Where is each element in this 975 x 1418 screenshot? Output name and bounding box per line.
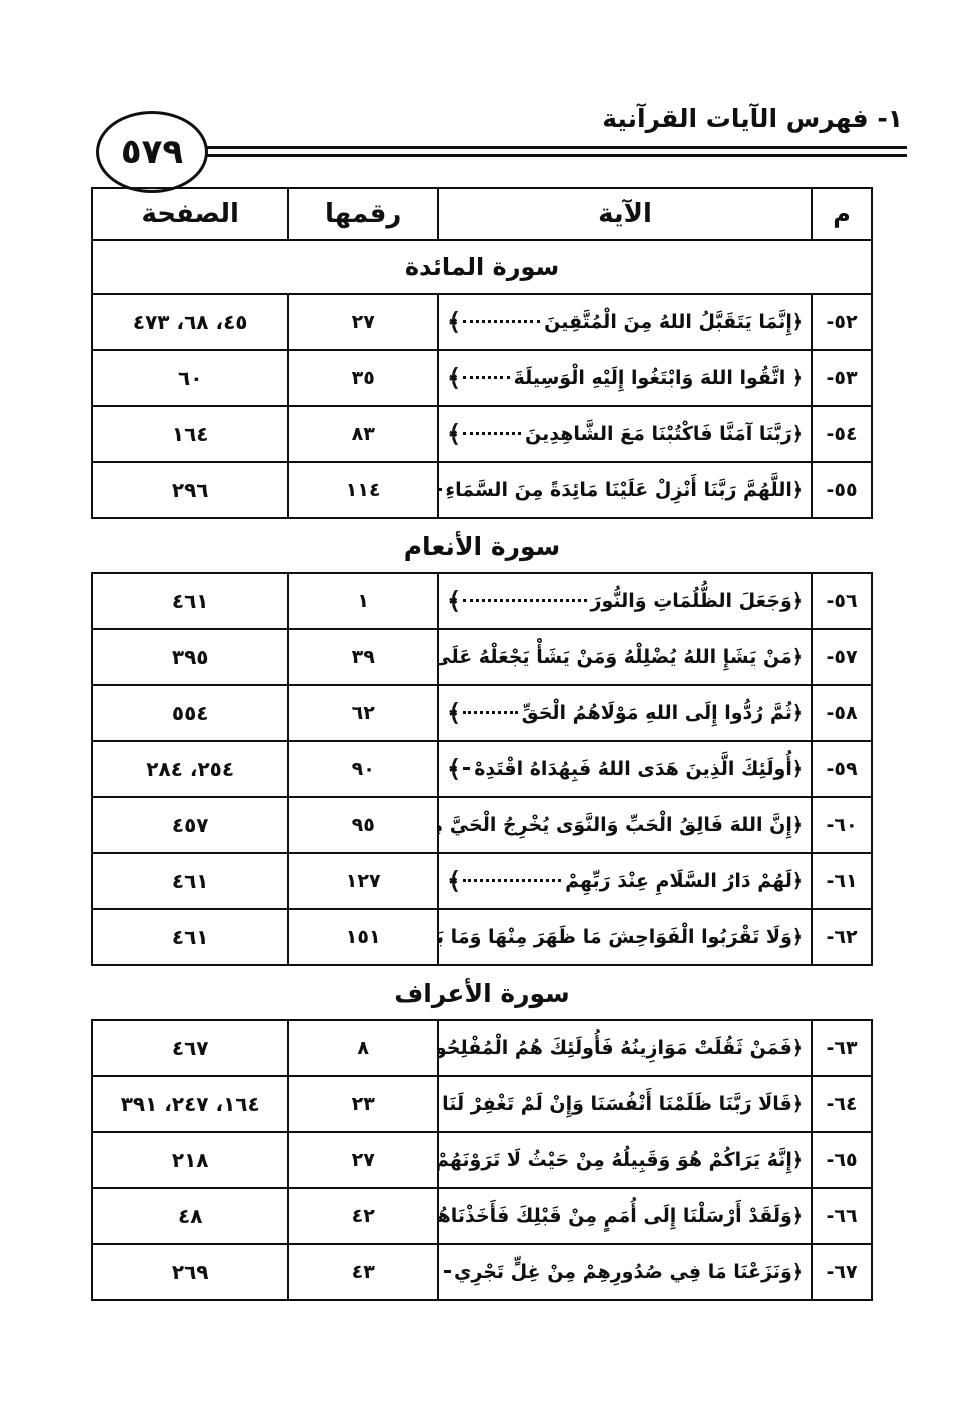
row-index: ٥٩- <box>812 741 872 797</box>
page-numbers: ١٦٤ <box>92 406 288 462</box>
row-index: ٥٨- <box>812 685 872 741</box>
verse-number: ٤٢ <box>288 1188 438 1244</box>
page-numbers: ٢٩٦ <box>92 462 288 518</box>
verse-number: ٣٩ <box>288 629 438 685</box>
verse-text: ﴿فَمَنْ ثَقُلَتْ مَوَازِينُهُ فَأُولَئِك… <box>438 1036 803 1061</box>
verse-text: ﴿أُولَئِكَ الَّذِينَ هَدَى اللهُ فَبِهُد… <box>474 757 803 782</box>
verse-cell: ﴿وَجَعَلَ الظُّلُمَاتِ وَالنُّورَ﴾ <box>438 573 812 629</box>
verse-cell: ﴿فَمَنْ ثَقُلَتْ مَوَازِينُهُ فَأُولَئِك… <box>438 1020 812 1076</box>
verse-number: ١١٤ <box>288 462 438 518</box>
page-numbers: ٤٦١ <box>92 853 288 909</box>
row-index: ٦١- <box>812 853 872 909</box>
verse-cell: ﴿قَالَا رَبَّنَا ظَلَمْنَا أَنْفُسَنَا و… <box>438 1076 812 1132</box>
verse-number: ٨٣ <box>288 406 438 462</box>
verse-line: ﴿رَبَّنَا آمَنَّا فَاكْتُبْنَا مَعَ الشَ… <box>447 422 803 447</box>
row-index: ٦٧- <box>812 1244 872 1300</box>
page-numbers: ٦٠ <box>92 350 288 406</box>
verse-text: ﴿اللَّهُمَّ رَبَّنَا أَنْزِلْ عَلَيْنَا … <box>445 478 803 503</box>
page-numbers: ٤٨ <box>92 1188 288 1244</box>
row-index: ٦٤- <box>812 1076 872 1132</box>
verse-text: ﴿رَبَّنَا آمَنَّا فَاكْتُبْنَا مَعَ الشَ… <box>525 422 803 447</box>
verse-number: ٩٥ <box>288 797 438 853</box>
verse-number: ٣٥ <box>288 350 438 406</box>
verse-text: ﴿إِنَّهُ يَرَاكُمْ هُوَ وَقَبِيلُهُ مِنْ… <box>438 1148 803 1173</box>
table-row: ٦٠-﴿إِنَّ اللهَ فَالِقُ الْحَبِّ وَالنَّ… <box>92 797 872 853</box>
page-numbers: ٢٦٩ <box>92 1244 288 1300</box>
verse-cell: ﴿ثُمَّ رُدُّوا إِلَى اللهِ مَوْلَاهُمُ ا… <box>438 685 812 741</box>
verse-close-bracket: ﴾ <box>447 869 461 893</box>
surah-heading: سورة الأنعام <box>91 519 873 572</box>
row-index: ٥٧- <box>812 629 872 685</box>
table-row: ٥٨-﴿ثُمَّ رُدُّوا إِلَى اللهِ مَوْلَاهُم… <box>92 685 872 741</box>
verse-index-content: مالآيةرقمهاالصفحةسورة المائدة٥٢-﴿إِنَّمَ… <box>91 187 873 1301</box>
table-row: ٥٥-﴿اللَّهُمَّ رَبَّنَا أَنْزِلْ عَلَيْن… <box>92 462 872 518</box>
verse-cell: ﴿رَبَّنَا آمَنَّا فَاكْتُبْنَا مَعَ الشَ… <box>438 406 812 462</box>
verse-line: ﴿وَجَعَلَ الظُّلُمَاتِ وَالنُّورَ﴾ <box>447 589 803 614</box>
dotted-leader <box>444 1270 450 1273</box>
table-row: ٦٤-﴿قَالَا رَبَّنَا ظَلَمْنَا أَنْفُسَنَ… <box>92 1076 872 1132</box>
verse-text: ﴿ اتَّقُوا اللهَ وَابْتَغُوا إِلَيْهِ ال… <box>514 366 803 391</box>
verse-close-bracket: ﴾ <box>447 589 461 613</box>
surah-title-row: سورة المائدة <box>92 240 872 294</box>
verse-text: ﴿وَنَزَعْنَا مَا فِي صُدُورِهِمْ مِنْ غِ… <box>454 1260 803 1285</box>
dotted-leader <box>463 879 561 882</box>
column-header-index: م <box>812 188 872 240</box>
verse-cell: ﴿إِنَّ اللهَ فَالِقُ الْحَبِّ وَالنَّوَى… <box>438 797 812 853</box>
verse-line: ﴿قَالَا رَبَّنَا ظَلَمْنَا أَنْفُسَنَا و… <box>447 1092 803 1117</box>
table-row: ٥٧-﴿مَنْ يَشَإِ اللهُ يُضْلِلْهُ وَمَنْ … <box>92 629 872 685</box>
table-row: ٥٢-﴿إِنَّمَا يَتَقَبَّلُ اللهُ مِنَ الْم… <box>92 294 872 350</box>
verse-cell: ﴿وَلَقَدْ أَرْسَلْنَا إِلَى أُمَمٍ مِنْ … <box>438 1188 812 1244</box>
table-row: ٦٣-﴿فَمَنْ ثَقُلَتْ مَوَازِينُهُ فَأُولَ… <box>92 1020 872 1076</box>
verse-line: ﴿ثُمَّ رُدُّوا إِلَى اللهِ مَوْلَاهُمُ ا… <box>447 701 803 726</box>
column-header-number: رقمها <box>288 188 438 240</box>
verse-text: ﴿ثُمَّ رُدُّوا إِلَى اللهِ مَوْلَاهُمُ ا… <box>522 701 803 726</box>
verse-close-bracket: ﴾ <box>438 1260 442 1284</box>
verse-number: ٢٣ <box>288 1076 438 1132</box>
surah-heading: سورة الأعراف <box>91 966 873 1019</box>
row-index: ٥٤- <box>812 406 872 462</box>
page-numbers: ٤٥٧ <box>92 797 288 853</box>
verse-line: ﴿وَلَقَدْ أَرْسَلْنَا إِلَى أُمَمٍ مِنْ … <box>447 1204 803 1229</box>
row-index: ٦٢- <box>812 909 872 965</box>
verse-line: ﴿لَهُمْ دَارُ السَّلَامِ عِنْدَ رَبِّهِم… <box>447 869 803 894</box>
verse-line: ﴿ اتَّقُوا اللهَ وَابْتَغُوا إِلَيْهِ ال… <box>447 366 803 391</box>
verse-number: ٨ <box>288 1020 438 1076</box>
row-index: ٦٠- <box>812 797 872 853</box>
verse-text: ﴿إِنَّ اللهَ فَالِقُ الْحَبِّ وَالنَّوَى… <box>438 813 803 838</box>
page-number-badge: ٥٧٩ <box>96 111 208 193</box>
verse-number: ٤٣ <box>288 1244 438 1300</box>
verse-close-bracket: ﴾ <box>447 757 461 781</box>
verse-cell: ﴿أُولَئِكَ الَّذِينَ هَدَى اللهُ فَبِهُد… <box>438 741 812 797</box>
verse-index-table: ٦٣-﴿فَمَنْ ثَقُلَتْ مَوَازِينُهُ فَأُولَ… <box>91 1019 873 1301</box>
row-index: ٦٣- <box>812 1020 872 1076</box>
verse-index-table: مالآيةرقمهاالصفحةسورة المائدة٥٢-﴿إِنَّمَ… <box>91 187 873 519</box>
column-header-row: مالآيةرقمهاالصفحة <box>92 188 872 240</box>
verse-close-bracket: ﴾ <box>447 422 461 446</box>
verse-line: ﴿أُولَئِكَ الَّذِينَ هَدَى اللهُ فَبِهُد… <box>447 757 803 782</box>
surah-title: سورة المائدة <box>92 240 872 294</box>
page-numbers: ٢٥٤، ٢٨٤ <box>92 741 288 797</box>
dotted-leader <box>463 320 540 323</box>
page-numbers: ٣٩٥ <box>92 629 288 685</box>
dotted-leader <box>463 767 470 770</box>
page-numbers: ٤٥، ٦٨، ٤٧٣ <box>92 294 288 350</box>
row-index: ٥٣- <box>812 350 872 406</box>
verse-line: ﴿اللَّهُمَّ رَبَّنَا أَنْزِلْ عَلَيْنَا … <box>447 478 803 503</box>
dotted-leader <box>463 376 510 379</box>
dotted-leader <box>463 432 521 435</box>
verse-close-bracket: ﴾ <box>447 701 461 725</box>
verse-number: ٢٧ <box>288 1132 438 1188</box>
scanned-book-page: ١- فهرس الآيات القرآنية ٥٧٩ مالآيةرقمهاا… <box>0 0 975 1418</box>
verse-text: ﴿مَنْ يَشَإِ اللهُ يُضْلِلْهُ وَمَنْ يَش… <box>438 645 803 670</box>
verse-cell: ﴿وَلَا تَقْرَبُوا الْفَوَاحِشَ مَا ظَهَر… <box>438 909 812 965</box>
page-numbers: ٤٦١ <box>92 573 288 629</box>
verse-index-table: ٥٦-﴿وَجَعَلَ الظُّلُمَاتِ وَالنُّورَ﴾١٤٦… <box>91 572 873 966</box>
verse-number: ١٥١ <box>288 909 438 965</box>
row-index: ٥٢- <box>812 294 872 350</box>
dotted-leader <box>438 488 441 491</box>
table-row: ٦٢-﴿وَلَا تَقْرَبُوا الْفَوَاحِشَ مَا ظَ… <box>92 909 872 965</box>
verse-text: ﴿وَجَعَلَ الظُّلُمَاتِ وَالنُّورَ <box>591 589 804 614</box>
verse-close-bracket: ﴾ <box>447 310 461 334</box>
page-numbers: ٤٦١ <box>92 909 288 965</box>
row-index: ٦٦- <box>812 1188 872 1244</box>
verse-text: ﴿لَهُمْ دَارُ السَّلَامِ عِنْدَ رَبِّهِم… <box>565 869 803 894</box>
row-index: ٥٥- <box>812 462 872 518</box>
verse-cell: ﴿إِنَّهُ يَرَاكُمْ هُوَ وَقَبِيلُهُ مِنْ… <box>438 1132 812 1188</box>
verse-number: ٢٧ <box>288 294 438 350</box>
verse-cell: ﴿مَنْ يَشَإِ اللهُ يُضْلِلْهُ وَمَنْ يَش… <box>438 629 812 685</box>
verse-cell: ﴿وَنَزَعْنَا مَا فِي صُدُورِهِمْ مِنْ غِ… <box>438 1244 812 1300</box>
column-header-verse: الآية <box>438 188 812 240</box>
dotted-leader <box>463 599 586 602</box>
row-index: ٥٦- <box>812 573 872 629</box>
verse-cell: ﴿لَهُمْ دَارُ السَّلَامِ عِنْدَ رَبِّهِم… <box>438 853 812 909</box>
table-row: ٦٥-﴿إِنَّهُ يَرَاكُمْ هُوَ وَقَبِيلُهُ م… <box>92 1132 872 1188</box>
table-row: ٥٤-﴿رَبَّنَا آمَنَّا فَاكْتُبْنَا مَعَ ا… <box>92 406 872 462</box>
verse-text: ﴿قَالَا رَبَّنَا ظَلَمْنَا أَنْفُسَنَا و… <box>442 1092 803 1117</box>
page-numbers: ٢١٨ <box>92 1132 288 1188</box>
table-row: ٥٩-﴿أُولَئِكَ الَّذِينَ هَدَى اللهُ فَبِ… <box>92 741 872 797</box>
verse-line: ﴿مَنْ يَشَإِ اللهُ يُضْلِلْهُ وَمَنْ يَش… <box>447 645 803 670</box>
row-index: ٦٥- <box>812 1132 872 1188</box>
page-title: ١- فهرس الآيات القرآنية <box>602 104 903 133</box>
verse-line: ﴿إِنَّ اللهَ فَالِقُ الْحَبِّ وَالنَّوَى… <box>447 813 803 838</box>
verse-text: ﴿إِنَّمَا يَتَقَبَّلُ اللهُ مِنَ الْمُتَ… <box>544 310 803 335</box>
verse-line: ﴿إِنَّمَا يَتَقَبَّلُ اللهُ مِنَ الْمُتَ… <box>447 310 803 335</box>
verse-cell: ﴿اللَّهُمَّ رَبَّنَا أَنْزِلْ عَلَيْنَا … <box>438 462 812 518</box>
verse-number: ٩٠ <box>288 741 438 797</box>
verse-cell: ﴿ اتَّقُوا اللهَ وَابْتَغُوا إِلَيْهِ ال… <box>438 350 812 406</box>
column-header-page: الصفحة <box>92 188 288 240</box>
verse-number: ٦٢ <box>288 685 438 741</box>
table-row: ٦٦-﴿وَلَقَدْ أَرْسَلْنَا إِلَى أُمَمٍ مِ… <box>92 1188 872 1244</box>
verse-line: ﴿فَمَنْ ثَقُلَتْ مَوَازِينُهُ فَأُولَئِك… <box>447 1036 803 1061</box>
verse-close-bracket: ﴾ <box>447 366 461 390</box>
page-numbers: ٥٥٤ <box>92 685 288 741</box>
verse-line: ﴿وَلَا تَقْرَبُوا الْفَوَاحِشَ مَا ظَهَر… <box>447 925 803 950</box>
verse-cell: ﴿إِنَّمَا يَتَقَبَّلُ اللهُ مِنَ الْمُتَ… <box>438 294 812 350</box>
verse-number: ١٢٧ <box>288 853 438 909</box>
verse-line: ﴿إِنَّهُ يَرَاكُمْ هُوَ وَقَبِيلُهُ مِنْ… <box>447 1148 803 1173</box>
verse-number: ١ <box>288 573 438 629</box>
header-double-rule <box>200 146 907 157</box>
verse-text: ﴿وَلَقَدْ أَرْسَلْنَا إِلَى أُمَمٍ مِنْ … <box>438 1204 803 1229</box>
table-row: ٥٣-﴿ اتَّقُوا اللهَ وَابْتَغُوا إِلَيْهِ… <box>92 350 872 406</box>
dotted-leader <box>463 711 518 714</box>
table-row: ٦١-﴿لَهُمْ دَارُ السَّلَامِ عِنْدَ رَبِّ… <box>92 853 872 909</box>
verse-text: ﴿وَلَا تَقْرَبُوا الْفَوَاحِشَ مَا ظَهَر… <box>438 925 803 950</box>
verse-line: ﴿وَنَزَعْنَا مَا فِي صُدُورِهِمْ مِنْ غِ… <box>447 1260 803 1285</box>
page-numbers: ٤٦٧ <box>92 1020 288 1076</box>
table-row: ٥٦-﴿وَجَعَلَ الظُّلُمَاتِ وَالنُّورَ﴾١٤٦… <box>92 573 872 629</box>
table-row: ٦٧-﴿وَنَزَعْنَا مَا فِي صُدُورِهِمْ مِنْ… <box>92 1244 872 1300</box>
page-numbers: ١٦٤، ٢٤٧، ٣٩١ <box>92 1076 288 1132</box>
